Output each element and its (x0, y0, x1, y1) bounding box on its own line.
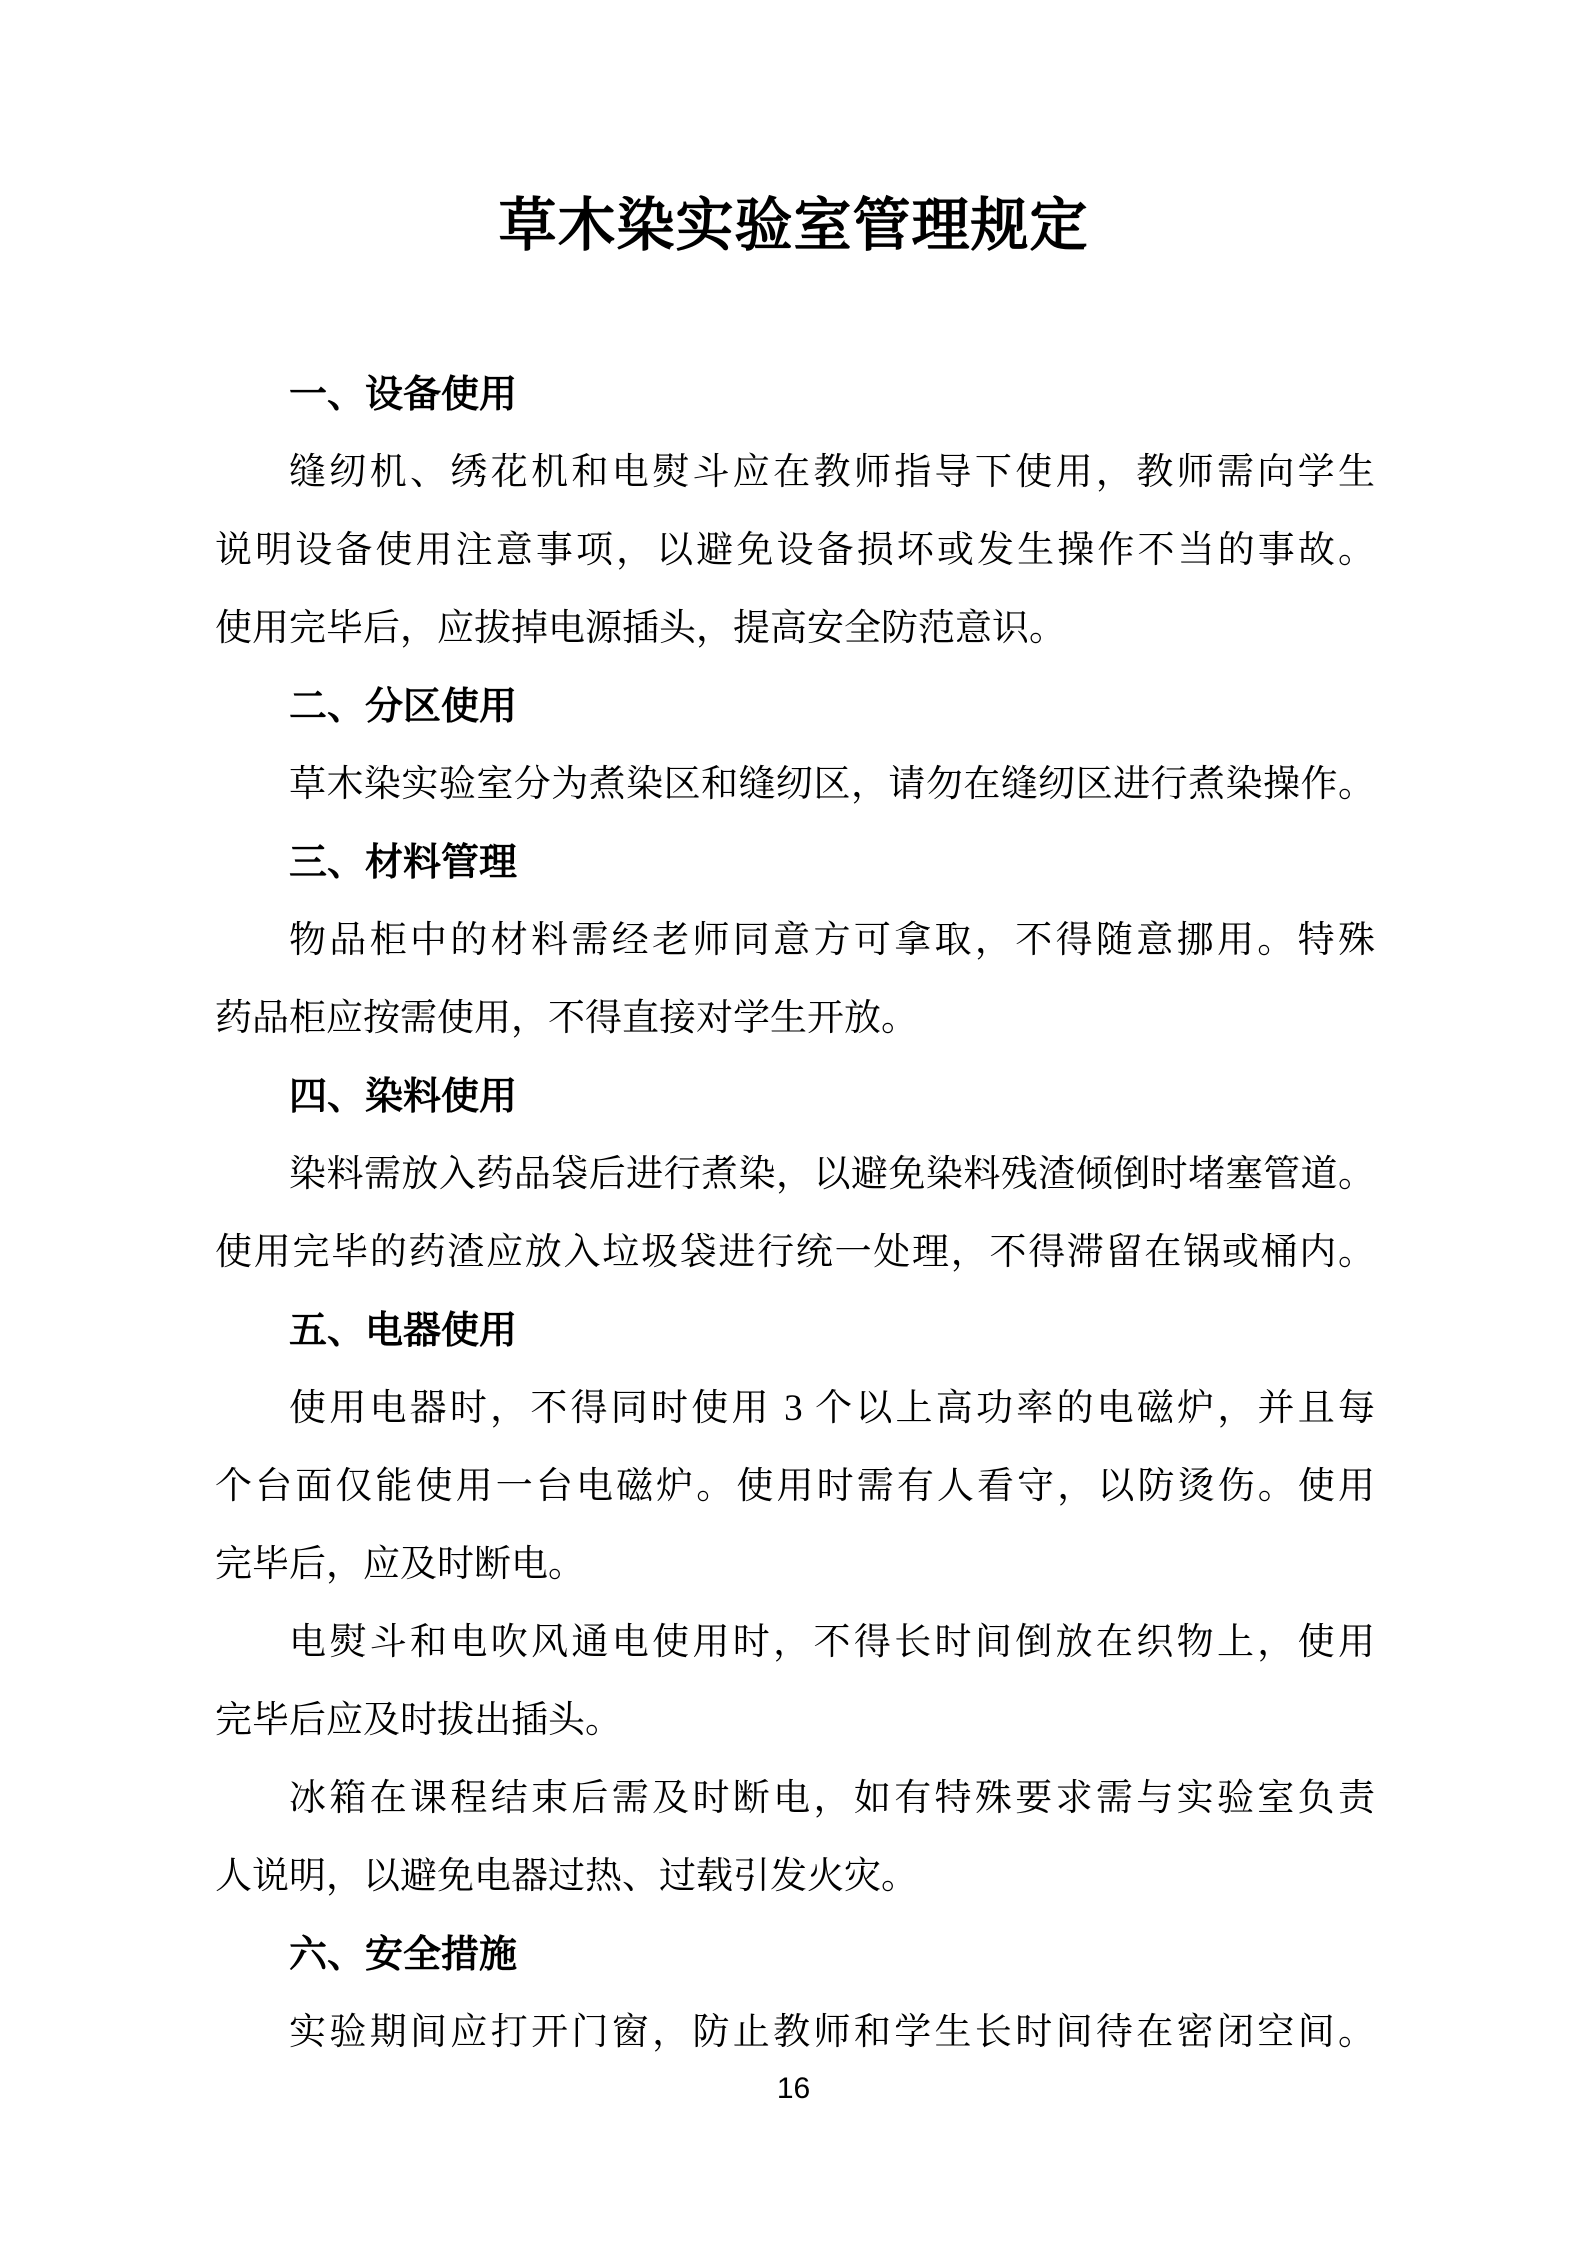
paragraph-line: 物品柜中的材料需经老师同意方可拿取，不得随意挪用。特殊 (215, 902, 1375, 980)
paragraph-line: 药品柜应按需使用，不得直接对学生开放。 (215, 980, 1375, 1058)
paragraph-line: 缝纫机、绣花机和电熨斗应在教师指导下使用，教师需向学生 (215, 434, 1375, 512)
paragraph-line: 使用电器时，不得同时使用 3 个以上高功率的电磁炉，并且每 (215, 1370, 1375, 1448)
document-title: 草木染实验室管理规定 (0, 196, 1587, 256)
paragraph-line: 完毕后，应及时断电。 (215, 1526, 1375, 1604)
paragraph-line: 使用完毕的药渣应放入垃圾袋进行统一处理，不得滞留在锅或桶内。 (215, 1214, 1375, 1292)
section-heading: 三、材料管理 (215, 824, 1375, 902)
paragraph-line: 完毕后应及时拔出插头。 (215, 1682, 1375, 1760)
section-heading: 五、电器使用 (215, 1292, 1375, 1370)
document-body: 一、设备使用缝纫机、绣花机和电熨斗应在教师指导下使用，教师需向学生说明设备使用注… (215, 356, 1375, 2072)
paragraph-line: 电熨斗和电吹风通电使用时，不得长时间倒放在织物上，使用 (215, 1604, 1375, 1682)
paragraph-line: 染料需放入药品袋后进行煮染，以避免染料残渣倾倒时堵塞管道。 (215, 1136, 1375, 1214)
section-heading: 二、分区使用 (215, 668, 1375, 746)
section-heading: 六、安全措施 (215, 1916, 1375, 1994)
paragraph-line: 个台面仅能使用一台电磁炉。使用时需有人看守，以防烫伤。使用 (215, 1448, 1375, 1526)
paragraph-line: 使用完毕后，应拔掉电源插头，提高安全防范意识。 (215, 590, 1375, 668)
paragraph-line: 冰箱在课程结束后需及时断电，如有特殊要求需与实验室负责 (215, 1760, 1375, 1838)
paragraph-line: 说明设备使用注意事项，以避免设备损坏或发生操作不当的事故。 (215, 512, 1375, 590)
paragraph-line: 人说明，以避免电器过热、过载引发火灾。 (215, 1838, 1375, 1916)
document-page: 草木染实验室管理规定 一、设备使用缝纫机、绣花机和电熨斗应在教师指导下使用，教师… (0, 0, 1587, 2245)
paragraph-line: 实验期间应打开门窗，防止教师和学生长时间待在密闭空间。 (215, 1994, 1375, 2072)
section-heading: 四、染料使用 (215, 1058, 1375, 1136)
section-heading: 一、设备使用 (215, 356, 1375, 434)
paragraph-line: 草木染实验室分为煮染区和缝纫区，请勿在缝纫区进行煮染操作。 (215, 746, 1375, 824)
page-number: 16 (0, 2072, 1587, 2106)
